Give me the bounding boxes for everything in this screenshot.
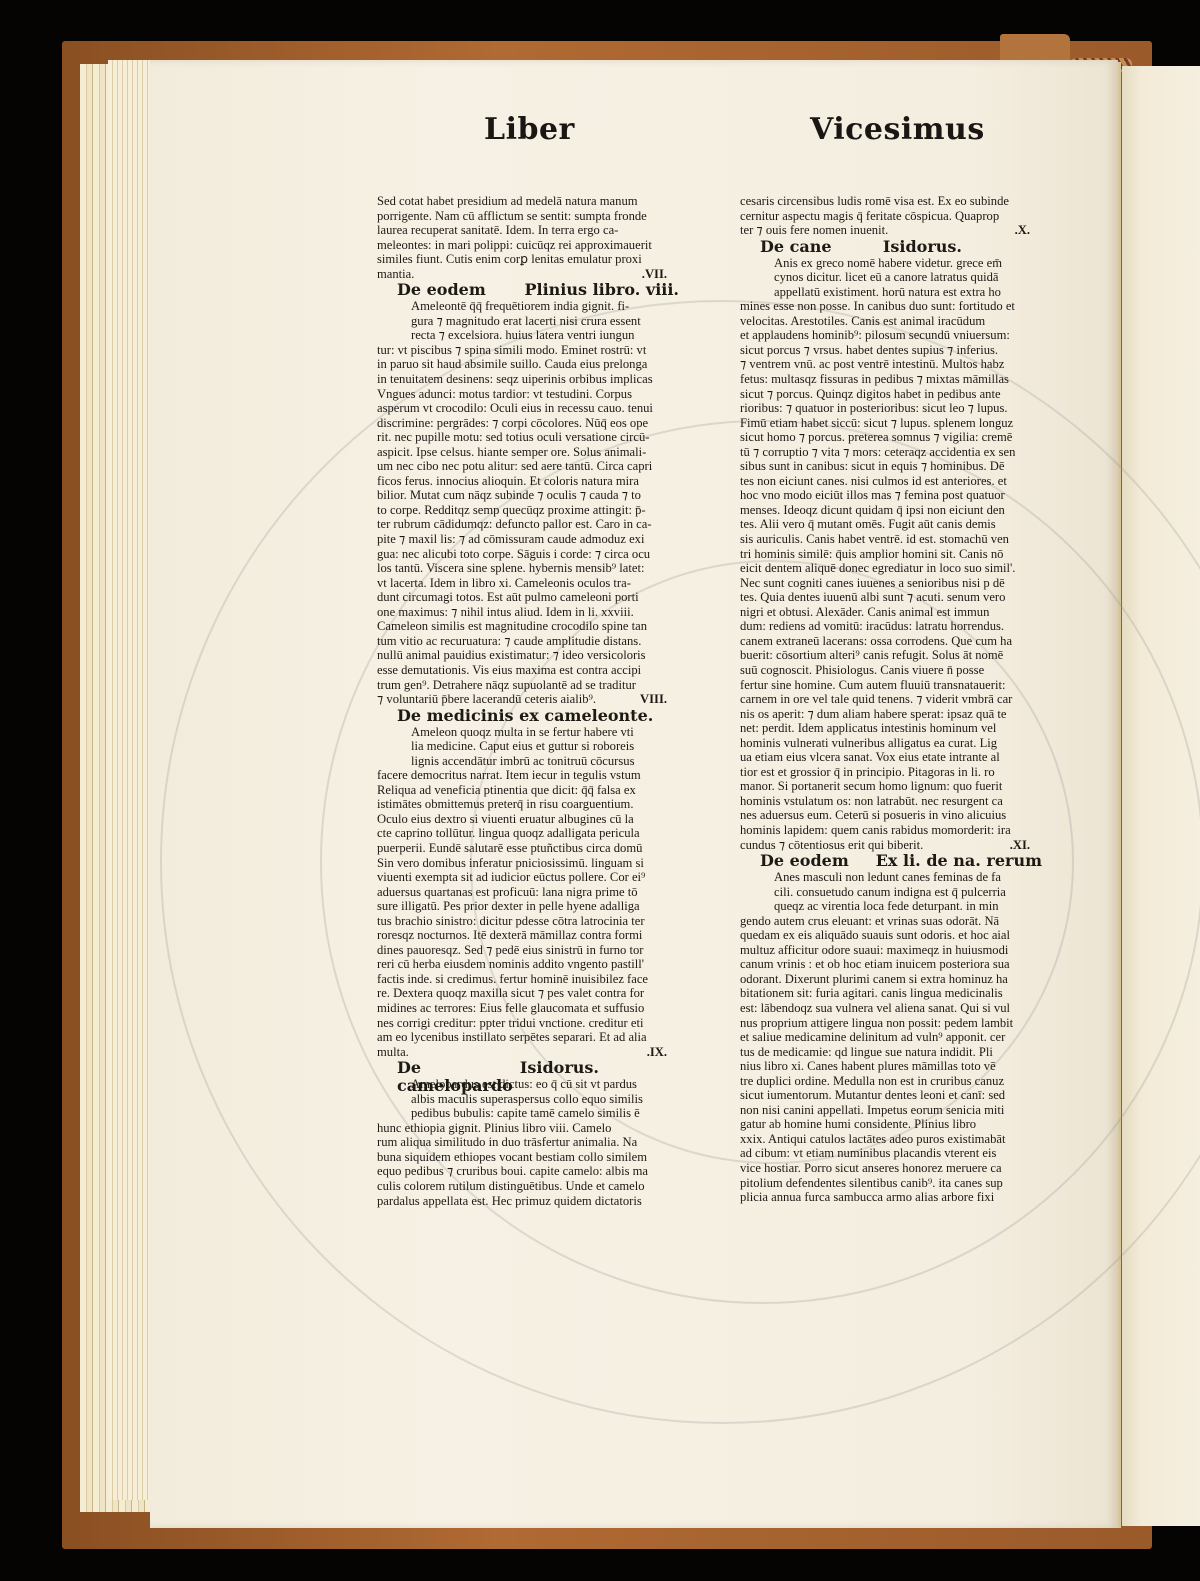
text-line: aspicit. Ipse celsus. hiante semper ore.… [377, 445, 685, 460]
text-line: facere democritus narrat. Item iecur in … [377, 768, 685, 783]
text-line: factis inde. si credimus. fertur hominē … [377, 972, 685, 987]
section-heading: De eodem Plinius libro. viii. [377, 281, 685, 299]
text-line: buna siquidem ethiopes vocant bestiam co… [377, 1150, 685, 1165]
text-line: ⁊ voluntariū p̄bere lacerandū ceteris ai… [377, 692, 596, 707]
text-line: fetus: multasqz fissuras in pedibus ⁊ mi… [740, 372, 1048, 387]
text-line: ad cibum: vt etiam numinibus placandis v… [740, 1146, 1048, 1161]
text-line: asperum vt crocodilo: Oculi eius in rece… [377, 401, 685, 416]
text-line: bitationem sit: furia agitari. canis lin… [740, 986, 1048, 1001]
section-title: De eodem [397, 281, 486, 299]
gutter [1118, 62, 1121, 1528]
text-line: tū ⁊ corruptio ⁊ vita ⁊ mors: ceteraqz a… [740, 445, 1048, 460]
text-line: esse demutationis. Vis eius maxima est c… [377, 663, 685, 678]
chapter-number: .X. [1015, 223, 1048, 238]
text-line: rum aliqua similitudo in duo trāsfertur … [377, 1135, 685, 1150]
text-line: sicut homo ⁊ porcus. preterea somnus ⁊ v… [740, 430, 1048, 445]
text-line: tes non eiciunt canes. nisi culmos id es… [740, 474, 1048, 489]
section-title: De eodem [760, 852, 849, 870]
text-line: tus de medicamie: qd lingue sue natura i… [740, 1045, 1048, 1060]
text-line: recta ⁊ excelsiora. huius latera ventri … [377, 328, 685, 343]
section-title: De cane [760, 238, 832, 256]
text-line: re. Dextera quoqz maxilla sicut ⁊ pes va… [377, 986, 685, 1001]
text-line: tur: vt piscibus ⁊ spina simili modo. Em… [377, 343, 685, 358]
page-recto-edge [1122, 66, 1200, 1526]
text-line: puerperii. Eundē salutarē esse ptuñctibu… [377, 841, 685, 856]
text-line: multa. [377, 1045, 409, 1060]
text-line: Sed cotat habet presidium ad medelā natu… [377, 194, 685, 209]
section-heading: De medicinis ex cameleonte. [377, 707, 685, 725]
text-line: tri hominis similē: q̄uis amplior homini… [740, 547, 1048, 562]
text-line: aduersus quartanas est proficuū: lana ni… [377, 885, 685, 900]
text-line: est: lābendoqz sua vulnera vel aliena sa… [740, 1001, 1048, 1016]
text-line: Sin vero domibus inferatur pniciosissimū… [377, 856, 685, 871]
text-line: ⁊ ventrem vnū. ac post ventrē intestinū.… [740, 357, 1048, 372]
text-line: cundus ⁊ cōtentiosus erit qui biberit. [740, 838, 923, 853]
text-line: quedam ex eis aliquādo suauis sunt odori… [740, 928, 1048, 943]
text-line: sicut ⁊ porcus. Quinqz digitos habet in … [740, 387, 1048, 402]
text-line: vt lacerta. Idem in libro xi. Cameleonis… [377, 576, 685, 591]
chapter-end-line: ter ⁊ ouis fere nomen inuenit. .X. [740, 223, 1048, 238]
text-line: Ameleon quoqz multa in se fertur habere … [377, 725, 685, 740]
chapter-number: .XI. [1010, 838, 1048, 853]
text-line: tes. Alii vero q̄ mutant omēs. Fugit aūt… [740, 517, 1048, 532]
running-head-right: Vicesimus [810, 112, 985, 147]
text-line: Oculo eius dextro si viuenti eruatur alb… [377, 812, 685, 827]
text-line: sibus sunt in canibus: sicut in equis ⁊ … [740, 459, 1048, 474]
text-line: lignis accendātur imbrū ac tonitruū cōcu… [377, 754, 685, 769]
chapter-end-line: multa. .IX. [377, 1045, 685, 1060]
text-line: canem extraneū lacerans: ossa corrodens.… [740, 634, 1048, 649]
text-line: hominis lapidem: quem canis rabidus momo… [740, 823, 1048, 838]
section-source: Isidorus. [520, 1059, 599, 1077]
text-line: suū cognoscit. Phisiologus. Canis viuere… [740, 663, 1048, 678]
text-line: Nec sunt cogniti canes iuuenes a seniori… [740, 576, 1048, 591]
running-head-left: Liber [484, 112, 575, 147]
text-line: cesaris circensibus ludis romē visa est.… [740, 194, 1048, 209]
text-line: ter ⁊ ouis fere nomen inuenit. [740, 223, 888, 238]
text-line: sis auriculis. Canis habet ventrē. id es… [740, 532, 1048, 547]
text-line: discrimine: pergrādes: ⁊ corpi cōcolores… [377, 416, 685, 431]
text-line: hominis vstulatum os: non latrabūt. nec … [740, 794, 1048, 809]
text-line: ter rubrum cādidumqz: defuncto pallor es… [377, 517, 685, 532]
text-line: gura ⁊ magnitudo erat lacerti nisi crura… [377, 314, 685, 329]
text-line: Fimū etiam habet siccū: sicut ⁊ lupus. s… [740, 416, 1048, 431]
text-line: pardalus appellata est. Hec primuz quide… [377, 1194, 685, 1209]
text-line: tes. Quia dentes iuuenū albi sunt ⁊ acut… [740, 590, 1048, 605]
text-line: Cameleon similis est magnitudine crocodi… [377, 619, 685, 634]
section-heading: De camelopardo Isidorus. [377, 1059, 685, 1077]
text-line: roresqz nocturnos. Itē dexterā māmillaz … [377, 928, 685, 943]
text-line: odorant. Dixerunt plurimi canem si extra… [740, 972, 1048, 987]
text-line: nullū animal pauidius existimatur: ⁊ ide… [377, 648, 685, 663]
text-line: multuz afficitur odore suaui: maximeqz i… [740, 943, 1048, 958]
text-line: net: perdit. Idem applicatus intestinis … [740, 721, 1048, 736]
text-line: Vngues adunci: motus tardior: vt testudi… [377, 387, 685, 402]
text-line: Anis ex greco nomē habere videtur. grece… [740, 256, 1048, 271]
text-line: cernitur aspectu magis q̄ feritate cōspi… [740, 209, 1048, 224]
chapter-end-line: mantia. .VII. [377, 267, 685, 282]
text-line: Amelopardus est dictus: eo q̄ cū sit vt … [377, 1077, 685, 1092]
chapter-number: .IX. [647, 1045, 685, 1060]
text-line: carnem in ore vel tale quid tenens. ⁊ vi… [740, 692, 1048, 707]
text-line: sicut iumentorum. Mutantur dentes leoni … [740, 1088, 1048, 1103]
text-line: one maximus: ⁊ nihil intus aliud. Idem i… [377, 605, 685, 620]
text-line: mantia. [377, 267, 414, 282]
text-line: dum: rediens ad vomitū: iracūdus: latrat… [740, 619, 1048, 634]
chapter-number: .VII. [642, 267, 685, 282]
text-line: pite ⁊ maxil lis: ⁊ ad cōmissuram caude … [377, 532, 685, 547]
page-stack-edge-inner [108, 60, 150, 1500]
text-line: am eo lycenibus instillato serpētes sepa… [377, 1030, 685, 1045]
section-title: De camelopardo [397, 1059, 520, 1077]
text-line: viuenti exempta sit ad iudicior eūctus p… [377, 870, 685, 885]
text-line: in paruo sit haud absimile suillo. Cauda… [377, 357, 685, 372]
text-line: pitolium defendentes silentibus canib⁹. … [740, 1176, 1048, 1191]
section-title: De medicinis ex cameleonte. [397, 707, 653, 725]
chapter-number: VIII. [640, 692, 685, 707]
text-line: menses. Ideoqz dicunt quidam q̄ ipsi non… [740, 503, 1048, 518]
section-heading: De eodem Ex li. de na. rerum [740, 852, 1048, 870]
text-line: nis os aperit: ⁊ dum aliam habere sperat… [740, 707, 1048, 722]
text-line: istimātes obmittemus preterq̄ in risu co… [377, 797, 685, 812]
text-line: tum vitio ac recuruatura: ⁊ caude amplit… [377, 634, 685, 649]
section-source: Isidorus. [883, 238, 962, 256]
chapter-end-line: ⁊ voluntariū p̄bere lacerandū ceteris ai… [377, 692, 685, 707]
text-line: rit. nec pupille motu: sed totius oculi … [377, 430, 685, 445]
text-line: cili. consuetudo canum indigna est q̄ pu… [740, 885, 1048, 900]
text-line: tior est et grossior q̄ in principio. Pi… [740, 765, 1048, 780]
section-heading: De cane Isidorus. [740, 238, 1048, 256]
text-line: velocitas. Arestotiles. Canis est animal… [740, 314, 1048, 329]
text-line: cynos dicitur. licet eū a canore latratu… [740, 270, 1048, 285]
text-line: Ameleontē q̄q̄ frequētiorem india gignit… [377, 299, 685, 314]
text-line: dines pauoresqz. Sed ⁊ pedē eius sinistr… [377, 943, 685, 958]
text-line: hunc ethiopia gignit. Plinius libro viii… [377, 1121, 685, 1136]
text-line: in tenuitatem desinens: seqz uiperinis o… [377, 372, 685, 387]
text-line: non nisi canini appellati. Impetus eorum… [740, 1103, 1048, 1118]
text-line: hoc vno modo eiciūt illos mas ⁊ femina p… [740, 488, 1048, 503]
text-line: to corpe. Redditqz semp quecūqz proxime … [377, 503, 685, 518]
text-line: nus proprium attigere lingua non possit:… [740, 1016, 1048, 1031]
text-line: ficos ferus. innocius alioquin. Et color… [377, 474, 685, 489]
text-line: canum vrinis : et ob hoc etiam inuicem p… [740, 957, 1048, 972]
text-line: nigri et obtusi. Alexāder. Canis animal … [740, 605, 1048, 620]
text-line: et applaudens hominib⁹: pilosum secundū … [740, 328, 1048, 343]
text-line: nius libro xi. Canes habent plures māmil… [740, 1059, 1048, 1074]
text-line: culis colorem rutilum distinguētibus. Un… [377, 1179, 685, 1194]
text-line: ua etiam eius vlcera sanat. Vox eius eta… [740, 750, 1048, 765]
text-line: meleontes: in mari polippi: cuicūqz rei … [377, 238, 685, 253]
text-line: lia medicine. Caput eius et guttur si ro… [377, 739, 685, 754]
text-line: gua: nec alicubi toto corpe. Sāguis i co… [377, 547, 685, 562]
text-line: Reliqua ad veneficia ptinentia que dicit… [377, 783, 685, 798]
text-line: porrigente. Nam cū afflictum se sentit: … [377, 209, 685, 224]
text-line: cte caprino tollūtur. lingua quoqz adall… [377, 826, 685, 841]
text-line: albis maculis superaspersus collo equo s… [377, 1092, 685, 1107]
text-line: similes fiunt. Cutis enim corꝑ lenitas e… [377, 252, 685, 267]
text-line: buerit: cōsortium alteri⁹ canis refugit.… [740, 648, 1048, 663]
text-line: et saliue medicamine delinitum ad vuln⁹ … [740, 1030, 1048, 1045]
text-column-left: Sed cotat habet presidium ad medelā natu… [377, 194, 685, 1208]
section-source: Ex li. de na. rerum [876, 852, 1042, 870]
text-line: laurea recuperat sanitatē. Idem. In terr… [377, 223, 685, 238]
text-line: gatur ab homine humi considente. Plinius… [740, 1117, 1048, 1132]
text-line: appellatū existiment. horū natura est ex… [740, 285, 1048, 300]
text-line: tre duplici ordine. Medulla non est in c… [740, 1074, 1048, 1089]
text-line: midines ac terrores: Eius felle glaucoma… [377, 1001, 685, 1016]
text-line: queqz ac virentia loca fede deturpant. i… [740, 899, 1048, 914]
text-line: plicia annua furca sambucca armo alias a… [740, 1190, 1048, 1205]
text-line: sure illigatū. Pes prior dexter in pelle… [377, 899, 685, 914]
text-line: vice hostiar. Porro sicut anseres honore… [740, 1161, 1048, 1176]
text-line: nes corrigi creditur: ppter tridui vncti… [377, 1016, 685, 1031]
text-line: sicut porcus ⁊ vrsus. habet dentes supiu… [740, 343, 1048, 358]
text-line: fertur sine homine. Cum autem fluuiū tra… [740, 678, 1048, 693]
chapter-end-line: cundus ⁊ cōtentiosus erit qui biberit. .… [740, 838, 1048, 853]
text-line: dunt circumagi totos. Est aūt pulmo came… [377, 590, 685, 605]
text-column-right: cesaris circensibus ludis romē visa est.… [740, 194, 1048, 1205]
binding-spine-cap [1000, 34, 1070, 62]
text-line: xxix. Antiqui catulos lactātes adeo puro… [740, 1132, 1048, 1147]
text-line: pedibus bubulis: capite tamē camelo simi… [377, 1106, 685, 1121]
section-source: Plinius libro. viii. [524, 281, 679, 299]
text-line: mines esse non posse. In canibus duo sun… [740, 299, 1048, 314]
text-line: Anes masculi non ledunt canes feminas de… [740, 870, 1048, 885]
text-line: manor. Si portanerit secum homo lignum: … [740, 779, 1048, 794]
text-line: los tantū. Viscera sine splene. hybernis… [377, 561, 685, 576]
text-line: gendo autem crus eleuant: et vrinas suas… [740, 914, 1048, 929]
text-line: tus brachio sinistro: dicitur pdesse cōt… [377, 914, 685, 929]
text-line: hominis vulnerati vulneribus alligatus e… [740, 736, 1048, 751]
text-line: reri cū herba eiusdem nominis addito vng… [377, 957, 685, 972]
text-line: bilior. Mutat cum nāqz subinde ⁊ oculis … [377, 488, 685, 503]
text-line: um nec cibo nec potu alitur: sed aere ta… [377, 459, 685, 474]
text-line: eicit dentem aliquē donec egrediatur in … [740, 561, 1048, 576]
text-line: equo pedibus ⁊ cruribus boui. capite cam… [377, 1164, 685, 1179]
text-line: rioribus: ⁊ quatuor in posterioribus: si… [740, 401, 1048, 416]
text-line: trum gen⁹. Detrahere nāqz supuolantē ad … [377, 678, 685, 693]
text-line: nes aduersus eum. Ceterū si posueris in … [740, 808, 1048, 823]
